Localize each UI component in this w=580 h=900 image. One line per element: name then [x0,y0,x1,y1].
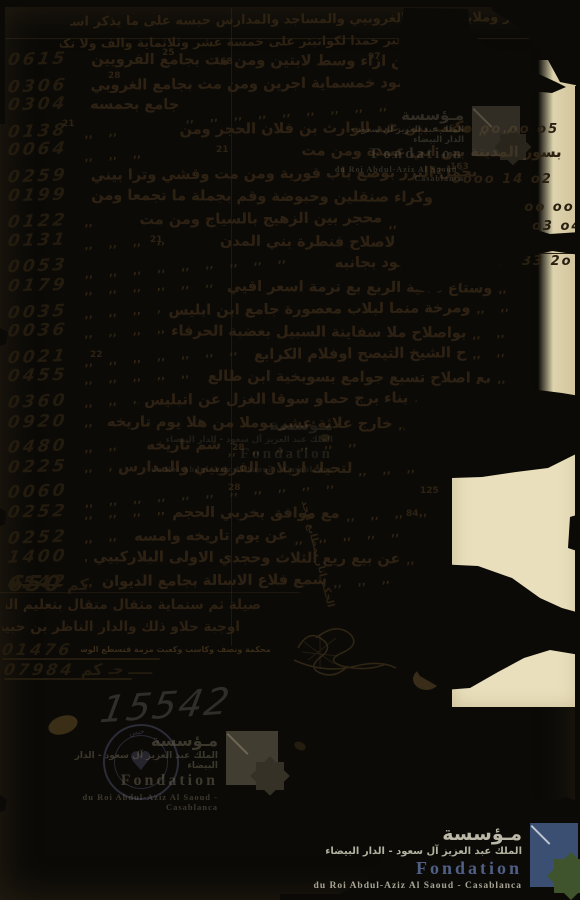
watermark-bottom-left: مـؤسسة الملك عبد العزيز آل سعود - الدار … [58,731,278,812]
total-value-1: 01476 [0,640,74,659]
superscript-number: 22 [90,350,103,360]
entry-text: وكراء صنقلين وحبوضة وقم بجملة ما تجمعا و… [91,187,433,205]
entry-text: اصلاح ارواح عبود بجانبه [335,254,502,271]
ledger-row: 0122‚‚محجر بين الزهيج بالسياج ومن مت‚‚ ‚… [8,206,568,233]
ledger-row: 0252‚‚ ‚‚ ‚‚ ‚‚مع موافق بخربي الحجم‚‚ ‚‚… [8,501,428,526]
ledger-row: 0615وعن ازاء وسط لابتين ومن مت بجامع الف… [8,48,568,74]
total-value-2: 07984 [2,660,76,679]
margin-amount: 0252 [6,501,79,523]
ledger-row: 0179‚‚ ‚‚ ‚‚ ‚‚ ‚‚ ‚‚وستاع ثلاثية الربع … [8,274,508,299]
watermark-arabic-title: مـؤسسة [58,731,218,750]
entry-text: ولزوجها في عمود خمسماية اجرين ومن مت بجا… [90,74,508,94]
manuscript-scan: ابو مه تفعر وملايم به ناكز الغروبيي والم… [0,0,580,900]
entry-text: لاصلاح فنطرة بني المدن [220,233,396,250]
entry-text: وستاع ثلاثية الربع بع ترمة اسعر اقيي [227,279,492,297]
signature-scribble [286,608,406,680]
ditto-marks: ‚‚ ‚‚ [414,391,429,405]
watermark-logo-square [530,823,578,887]
margin-amount: 0225 [6,456,79,478]
watermark-fr-title: Fondation [118,446,333,463]
entry-text: ومرخة منما لبلاب معصورة جامع ابن ابليس [168,300,470,319]
watermark-logo-square [226,731,278,785]
entry-text: عن بيع ريع الثلاث وحجدي الاولى البلاركبي… [93,549,400,567]
watermark-top-right: مـؤسسة الملك عبد العزيز آل سعود - الدار … [330,106,520,183]
ditto-marks: ‚‚ ‚‚ [84,415,102,429]
margin-amount: 1400 [6,546,79,568]
margin-amount: 0304 [6,94,79,116]
ledger-row: 0360‚‚ ‚‚ ‚‚ ‚‚ ‚‚ ‚‚بناء برج حماو سوقا … [8,387,428,413]
total-label-2: كم [81,660,103,679]
entry-text: مع موافق بخربي الحجم [172,505,339,522]
superscript-number: 12 [398,74,411,84]
ditto-marks: ‚‚ [84,212,134,229]
watermark-star-icon [256,762,284,790]
total-line-2: 07984 كم ـــــ جـ [4,660,152,679]
ledger-row: 0053‚‚ ‚‚ ‚‚ ‚‚ ‚‚ ‚‚ ‚‚ ‚‚ ‚‚اصلاح اروا… [8,251,508,277]
margin-dot-marks: o3 o4 [532,219,580,234]
entry-text: محجر بين الزهيج بالسياج ومن مت [139,210,382,228]
watermark-fr-title: Fondation [330,146,464,163]
superscript-number: 21 [150,235,163,245]
subtotal-value: 650 [6,572,64,597]
ditto-marks: ‚‚ ‚‚ ‚‚ ‚‚ ‚‚ ‚‚ [84,392,139,409]
margin-amount: 0131 [6,229,79,251]
watermark-fr-title: Fondation [300,858,522,879]
margin-dot-marks: 33 2o [522,254,573,269]
margin-amount: 0455 [6,365,79,387]
watermark-arabic-title: مـؤسسة [118,416,333,434]
margin-amount: 0199 [6,184,79,206]
total-underline-2 [4,678,132,680]
subtotal-line: 650 كم [8,572,89,597]
total-line-1: 01476 محكمة ونصف وكاسب وكعبت مرمة فنسطع … [2,640,271,659]
superscript-number: 97 [368,52,381,62]
ledger-row: 0455‚‚ ‚‚ ‚‚ ‚‚ ‚‚بع اصلاح تسبع جوامع بس… [8,365,508,390]
margin-amount: 0615 [6,48,79,70]
superscript-number: 28 [108,71,121,81]
ditto-marks: ‚‚ ‚‚ [472,345,508,361]
closing-line-1: صيلة ثم ستماية مثقال متقال بتعليم السيد … [6,597,261,613]
ditto-marks: ‚‚ ‚‚ [476,300,508,315]
total-note: محكمة ونصف وكاسب وكعبت مرمة فنسطع الوسوم… [81,645,271,654]
ditto-marks: ‚‚ ‚‚ ‚‚ ‚‚ ‚‚ ‚‚ [84,322,166,340]
watermark-star-icon [500,134,526,160]
superscript-number: 125 [420,486,439,496]
closing-line-2: اوجبة حلاو ذلك والدار الناظر بن حبيب عيل… [2,619,240,635]
watermark-arabic-title: مـؤسسة [300,823,522,845]
margin-amount: 0064 [6,139,79,161]
ledger-row: 0060‚‚ ‚‚ ‚‚ ‚‚ ‚‚ ‚‚ ‚‚ ‚‚ ‚‚ ‚‚ ‚‚ [8,478,428,504]
subtotal-label: كم [67,575,89,594]
ditto-marks: ‚‚ [497,372,509,386]
ditto-marks: ‚‚ ‚‚ ‚‚ ‚‚ ‚‚ [84,366,202,386]
superscript-number: 84 [406,509,419,519]
ditto-marks: ‚‚ ‚‚ ‚‚ ‚‚ [84,301,163,320]
ditto-marks: ‚‚ ‚‚ ‚‚ [398,417,428,432]
superscript-number: 21 [62,119,75,129]
watermark-arabic-subtitle: الملك عبد العزيز آل سعود - الدار البيضاء [330,125,464,145]
ledger-row: 0036‚‚ ‚‚ ‚‚ ‚‚ ‚‚ ‚‚بواصلاح ملا سفاينة … [8,319,508,344]
watermark-fr-subtitle: du Roi Abdul-Aziz Al Saoud - Casablanca [118,465,333,474]
watermark-star-icon [554,859,580,893]
watermark-arabic-subtitle: الملك عبد العزيز آل سعود - الدار البيضاء [58,751,218,771]
superscript-number: 168 [214,57,233,67]
entry-text: بواصلاح ملا سفاينة السبيل بعضبة الحرفاء [171,324,466,342]
ditto-marks: ‚‚ [84,551,88,564]
entry-text: جامع بحمسه [90,97,179,114]
watermark-arabic-subtitle: الملك عبد العزيز آل سعود - الدار البيضاء [118,435,333,445]
header-line-1: ابو مه تفعر وملايم به ناكز الغروبيي والم… [70,9,575,29]
watermark-bottom-right: مـؤسسة الملك عبد العزيز آل سعود - الدار … [300,823,578,891]
margin-amount: 0179 [6,275,79,297]
ditto-marks: ‚‚ ‚‚ ‚‚ [406,552,428,566]
watermark-fr-title: Fondation [58,772,218,790]
watermark-fr-subtitle: du Roi Abdul-Aziz Al Saoud - Casablanca [300,881,522,891]
margin-dot-marks: oo oo oo o4 [496,200,580,215]
watermark-center-left: مـؤسسة الملك عبد العزيز آل سعود - الدار … [118,416,333,474]
ditto-marks: ‚‚ ‚‚ ‚‚ [84,138,296,164]
entry-text: عن يوم تاريخه وامسه [134,527,288,544]
ditto-marks: ‚‚ ‚‚ ‚‚ ‚‚ [333,569,429,589]
entry-text: شمع فلاع الاسالة بجامع الديوان [102,572,327,590]
margin-amount: 0920 [6,410,79,432]
ledger-row: 0252‚‚ ‚‚عن يوم تاريخه وامسه‚‚ ‚‚ ‚‚ ‚‚ … [8,523,428,549]
ditto-marks: ‚‚ ‚‚ [84,460,113,475]
margin-amount: 0036 [6,320,79,342]
ditto-marks: ‚‚ ‚‚ ‚‚ [472,326,508,341]
entry-text: بع اصلاح تسبع جوامع بسوبخية ابن طالع [208,369,491,387]
ditto-marks: ‚‚ ‚‚ ‚‚ ‚‚ [84,503,167,521]
superscript-number: 25 [162,48,175,58]
watermark-arabic-title: مـؤسسة [330,106,464,124]
watermark-fr-subtitle: du Roi Abdul-Aziz Al Saoud - Casablanca [330,165,464,183]
total-dash: ـــــ جـ [109,662,153,678]
ditto-marks: ‚‚ ‚‚ [84,528,129,544]
superscript-number: 21 [216,145,229,155]
ditto-marks: ‚‚ ‚‚ ‚‚ ‚‚ ‚‚ ‚‚ [84,275,222,297]
ditto-marks: ‚‚ [498,282,508,296]
superscript-number: 28 [228,483,241,493]
watermark-fr-subtitle: du Roi Abdul-Aziz Al Saoud - Casablanca [58,792,218,812]
ditto-marks: ‚‚ ‚‚ [84,120,174,140]
entry-text: ح الشيخ التيصح اوفلام الكرابع [254,345,467,363]
entry-text: بناء برج حماو سوقا الغزل عن اتبليس [144,390,408,408]
watermark-logo-square [472,106,520,156]
margin-amount: 0360 [6,390,79,413]
ledger-row: 1400‚‚عن بيع ريع الثلاث وحجدي الاولى الب… [8,546,428,571]
watermark-arabic-subtitle: الملك عبد العزيز آل سعود - الدار البيضاء [300,846,522,857]
